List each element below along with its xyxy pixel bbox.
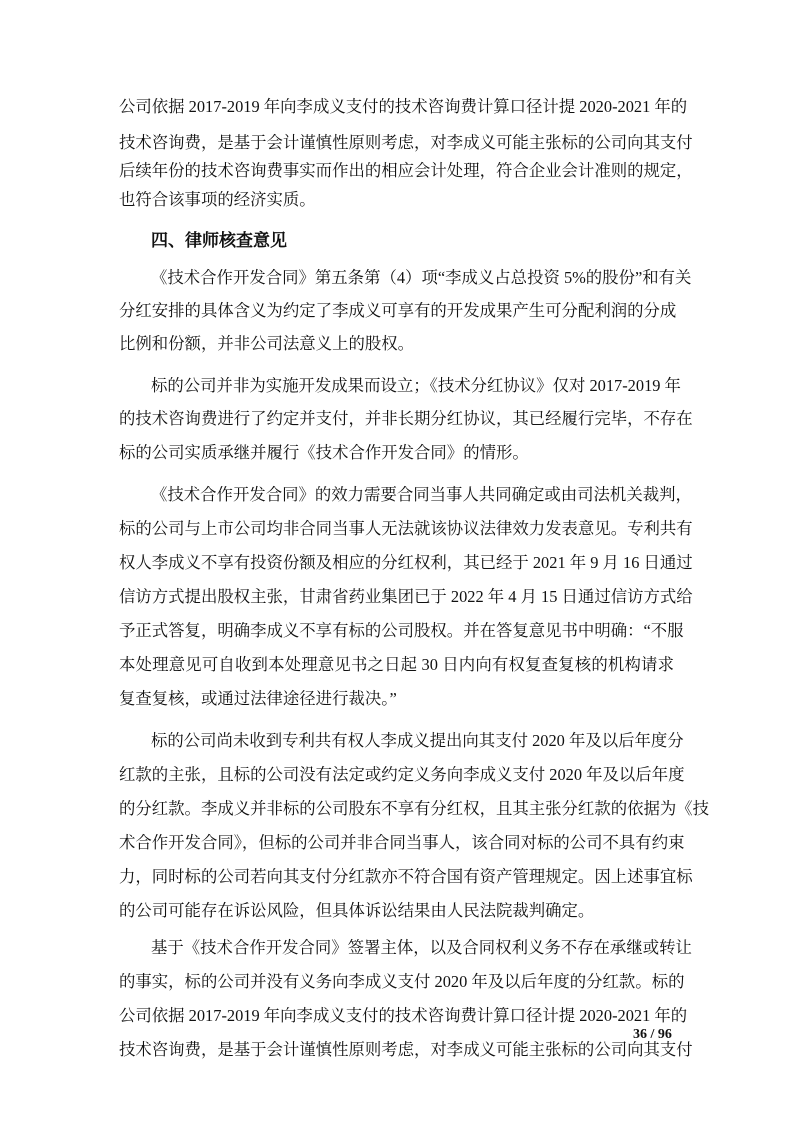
text-line: 的分红款。李成义并非标的公司股东不享有分红权，且其主张分红款的依据为《技 [119, 799, 674, 819]
text-line: 的事实，标的公司并没有义务向李成义支付 2020 年及以后年度的分红款。标的 [119, 972, 674, 992]
text-line: 力，同时标的公司若向其支付分红款亦不符合国有资产管理规定。因上述事宜标 [119, 867, 674, 887]
text-line: 标的公司实质承继并履行《技术合作开发合同》的情形。 [119, 443, 674, 463]
text-line: 信访方式提出股权主张，甘肃省药业集团已于 2022 年 4 月 15 日通过信访… [119, 587, 674, 607]
text-line: 术合作开发合同》，但标的公司并非合同当事人，该合同对标的公司不具有约束 [119, 833, 674, 853]
text-line: 的技术咨询费进行了约定并支付，并非长期分红协议，其已经履行完毕，不存在 [119, 409, 674, 429]
text-line: 基于《技术合作开发合同》签署主体，以及合同权利义务不存在承继或转让 [151, 938, 674, 958]
text-line: 公司依据 2017-2019 年向李成义支付的技术咨询费计算口径计提 2020-… [119, 1006, 674, 1026]
text-line: 标的公司与上市公司均非合同当事人无法就该协议法律效力发表意见。专利共有 [119, 519, 674, 539]
text-line: 后续年份的技术咨询费事实而作出的相应会计处理，符合企业会计准则的规定， [119, 161, 674, 181]
text-line: 本处理意见可自收到本处理意见书之日起 30 日内向有权复查复核的机构请求 [119, 655, 674, 675]
text-line: 红款的主张，且标的公司没有法定或约定义务向李成义支付 2020 年及以后年度 [119, 765, 674, 785]
text-line: 标的公司尚未收到专利共有权人李成义提出向其支付 2020 年及以后年度分 [151, 731, 674, 751]
page-number: 36 / 96 [633, 1027, 672, 1043]
text-line: 也符合该事项的经济实质。 [119, 190, 674, 210]
text-line: 分红安排的具体含义为约定了李成义可享有的开发成果产生可分配利润的分成 [119, 301, 674, 321]
text-line: 予正式答复，明确李成义不享有标的公司股权。并在答复意见书中明确：“不服 [119, 621, 674, 641]
document-page: 公司依据 2017-2019 年向李成义支付的技术咨询费计算口径计提 2020-… [0, 0, 793, 1122]
text-line: 权人李成义不享有投资份额及相应的分红权利，其已经于 2021 年 9 月 16 … [119, 553, 674, 573]
text-line: 技术咨询费，是基于会计谨慎性原则考虑，对李成义可能主张标的公司向其支付 [119, 133, 674, 153]
section-heading: 四、律师核查意见 [151, 231, 287, 251]
text-line: 《技术合作开发合同》第五条第（4）项“李成义占总投资 5%的股份”和有关 [151, 268, 674, 288]
text-line: 标的公司并非为实施开发成果而设立；《技术分红协议》仅对 2017-2019 年 [151, 376, 674, 396]
text-line: 公司依据 2017-2019 年向李成义支付的技术咨询费计算口径计提 2020-… [119, 97, 674, 117]
text-line: 《技术合作开发合同》的效力需要合同当事人共同确定或由司法机关裁判， [151, 485, 674, 505]
text-line: 复查复核，或通过法律途径进行裁决。” [119, 689, 674, 709]
text-line: 的公司可能存在诉讼风险，但具体诉讼结果由人民法院裁判确定。 [119, 901, 674, 921]
text-line: 技术咨询费，是基于会计谨慎性原则考虑，对李成义可能主张标的公司向其支付 [119, 1040, 674, 1060]
text-line: 比例和份额，并非公司法意义上的股权。 [119, 334, 674, 354]
